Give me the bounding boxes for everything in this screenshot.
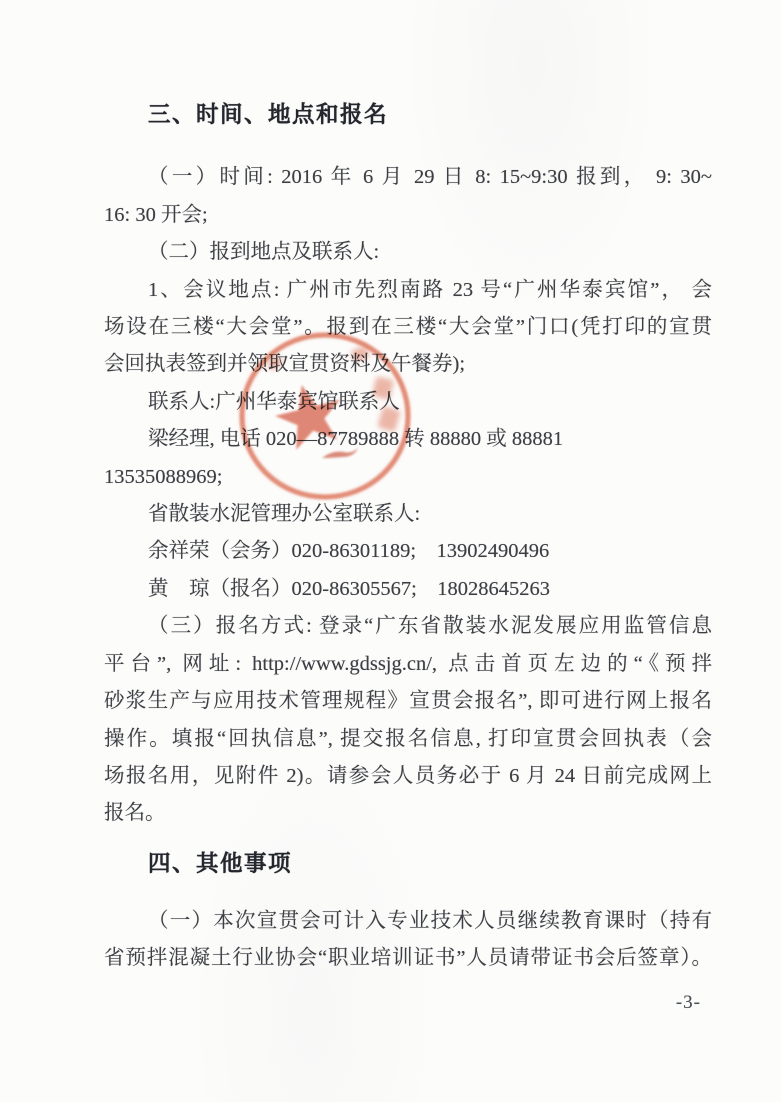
doc-line: 余祥荣（会务）020-86301189; 13902490496	[104, 533, 712, 570]
spacer	[104, 833, 712, 845]
doc-line: 黄 琼（报名）020-86305567; 18028645263	[104, 571, 712, 608]
spacer	[104, 133, 712, 159]
doc-line: 报名。	[104, 795, 712, 832]
doc-line: 1、会议地点: 广州市先烈南路 23 号“广州华泰宾馆”， 会	[104, 272, 712, 309]
spacer	[104, 882, 712, 903]
section-heading-3: 三、时间、地点和报名	[104, 96, 712, 133]
section-heading-4: 四、其他事项	[104, 845, 712, 882]
doc-line: 13535088969;	[104, 459, 712, 496]
doc-line: 省散装水泥管理办公室联系人:	[104, 496, 712, 533]
doc-line: 16: 30 开会;	[104, 197, 712, 234]
doc-line: 梁经理, 电话 020—87789888 转 88880 或 88881	[104, 421, 712, 458]
doc-line: 平台”, 网址: http://www.gdssjg.cn/, 点击首页左边的“…	[104, 646, 712, 683]
doc-line: （一）本次宣贯会可计入专业技术人员继续教育课时（持有	[104, 903, 712, 940]
doc-line: 会回执表签到并领取宣贯资料及午餐券);	[104, 346, 712, 383]
doc-line: 场设在三楼“大会堂”。报到在三楼“大会堂”门口(凭打印的宣贯	[104, 309, 712, 346]
doc-line: 省预拌混凝土行业协会“职业培训证书”人员请带证书会后签章）。	[104, 940, 712, 977]
document-body: 三、时间、地点和报名 （一）时间: 2016 年 6 月 29 日 8: 15~…	[104, 96, 712, 977]
doc-line: 砂浆生产与应用技术管理规程》宣贯会报名”, 即可进行网上报名	[104, 683, 712, 720]
doc-line: （三）报名方式: 登录“广东省散装水泥发展应用监管信息	[104, 608, 712, 645]
doc-line: 场报名用，见附件 2)。请参会人员务必于 6 月 24 日前完成网上	[104, 758, 712, 795]
doc-line: 联系人:广州华泰宾馆联系人	[104, 384, 712, 421]
page-number: -3-	[676, 992, 701, 1014]
doc-line: 操作。填报“回执信息”, 提交报名信息, 打印宣贯会回执表（会	[104, 721, 712, 758]
scanned-document-page: 三、时间、地点和报名 （一）时间: 2016 年 6 月 29 日 8: 15~…	[0, 0, 781, 1102]
doc-line: （二）报到地点及联系人:	[104, 234, 712, 271]
doc-line: （一）时间: 2016 年 6 月 29 日 8: 15~9:30 报到， 9:…	[104, 159, 712, 196]
